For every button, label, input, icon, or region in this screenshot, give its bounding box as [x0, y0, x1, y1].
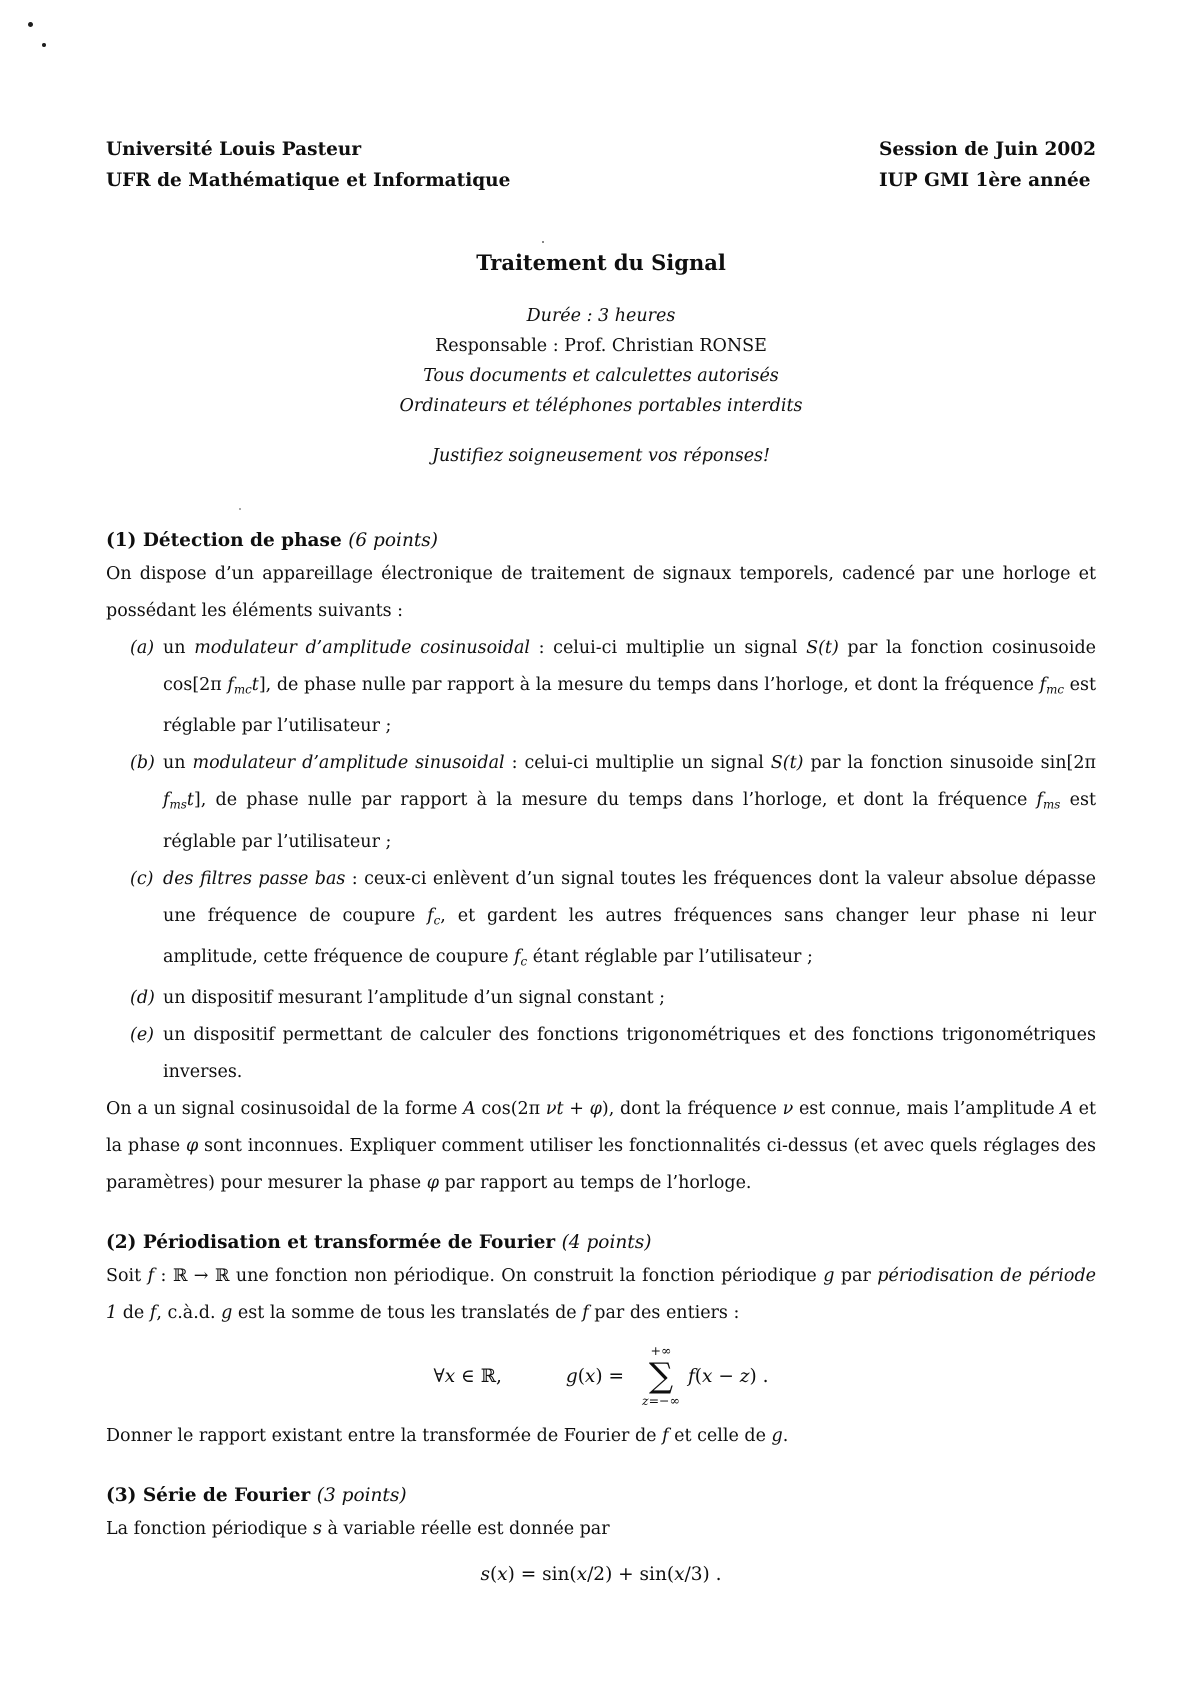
sum-lower-bound: z=−∞: [642, 1394, 680, 1408]
list-item-a: (a) un modulateur d’amplitude cosinusoid…: [106, 630, 1096, 745]
scan-speck: [42, 43, 46, 47]
section-2-question: Donner le rapport existant entre la tran…: [106, 1418, 1096, 1455]
item-text-e: un dispositif permettant de calculer des…: [163, 1025, 1096, 1082]
section-3-title: (3) Série de Fourier: [106, 1485, 310, 1506]
item-marker-a: (a): [130, 630, 154, 667]
exam-responsible: Responsable : Prof. Christian RONSE: [106, 331, 1096, 361]
section-1-title: (1) Détection de phase: [106, 530, 342, 551]
section-1-heading: (1) Détection de phase (6 points): [106, 526, 1096, 556]
forbidden-materials: Ordinateurs et téléphones portables inte…: [106, 391, 1096, 421]
item-marker-b: (b): [130, 745, 155, 782]
section-3-points: (3 points): [317, 1485, 407, 1506]
scan-speck: [399, 1146, 401, 1150]
header-institution: Université Louis Pasteur UFR de Mathémat…: [106, 134, 510, 196]
scan-speck: [239, 508, 241, 510]
fourier-series-formula: s(x) = sin(x/2) + sin(x/3) .: [106, 1564, 1096, 1585]
summation-symbol: +∞ ∑ z=−∞: [642, 1344, 680, 1408]
document-header: Université Louis Pasteur UFR de Mathémat…: [106, 134, 1096, 196]
allowed-materials: Tous documents et calculettes autorisés: [106, 361, 1096, 391]
session-date: Session de Juin 2002: [879, 134, 1096, 165]
document-title: Traitement du Signal: [106, 250, 1096, 275]
section-3-heading: (3) Série de Fourier (3 points): [106, 1481, 1096, 1511]
formula-quantifier: ∀x ∈ ℝ,: [434, 1366, 502, 1387]
section-2-title: (2) Périodisation et transformée de Four…: [106, 1232, 555, 1253]
item-marker-e: (e): [130, 1017, 154, 1054]
session-level: IUP GMI 1ère année: [879, 165, 1096, 196]
scanned-exam-page: Université Louis Pasteur UFR de Mathémat…: [0, 0, 1192, 1686]
sigma-icon: ∑: [649, 1358, 673, 1394]
section-1-question: On a un signal cosinusoidal de la forme …: [106, 1091, 1096, 1202]
section-3-intro: La fonction périodique s à variable réel…: [106, 1511, 1096, 1548]
institution-department: UFR de Mathématique et Informatique: [106, 165, 510, 196]
exam-duration: Durée : 3 heures: [106, 301, 1096, 331]
scan-speck: [28, 22, 33, 27]
item-text-d: un dispositif mesurant l’amplitude d’un …: [163, 988, 665, 1008]
list-item-c: (c) des filtres passe bas : ceux-ci enlè…: [106, 861, 1096, 981]
item-marker-d: (d): [130, 980, 155, 1017]
institution-name: Université Louis Pasteur: [106, 134, 510, 165]
justify-instruction: Justifiez soigneusement vos réponses!: [106, 446, 1096, 466]
header-session: Session de Juin 2002 IUP GMI 1ère année: [879, 134, 1096, 196]
section-2-heading: (2) Périodisation et transformée de Four…: [106, 1228, 1096, 1258]
front-matter: Durée : 3 heures Responsable : Prof. Chr…: [106, 301, 1096, 421]
formula-lhs: g(x) =: [566, 1366, 624, 1387]
equipment-list: (a) un modulateur d’amplitude cosinusoid…: [106, 630, 1096, 1091]
section-1-intro: On dispose d’un appareillage électroniqu…: [106, 556, 1096, 630]
item-text-a: un modulateur d’amplitude cosinusoidal :…: [163, 638, 1096, 736]
item-text-b: un modulateur d’amplitude sinusoidal : c…: [163, 753, 1096, 851]
item-marker-c: (c): [130, 861, 153, 898]
list-item-b: (b) un modulateur d’amplitude sinusoidal…: [106, 745, 1096, 860]
section-2-intro: Soit f : ℝ → ℝ une fonction non périodiq…: [106, 1258, 1096, 1332]
periodisation-formula: ∀x ∈ ℝ, g(x) = +∞ ∑ z=−∞ f(x − z) .: [106, 1344, 1096, 1408]
section-1-points: (6 points): [348, 530, 438, 551]
list-item-e: (e) un dispositif permettant de calculer…: [106, 1017, 1096, 1091]
scan-speck: [542, 241, 544, 243]
list-item-d: (d) un dispositif mesurant l’amplitude d…: [106, 980, 1096, 1017]
section-2-points: (4 points): [562, 1232, 652, 1253]
formula-rhs: f(x − z) .: [688, 1366, 769, 1387]
item-text-c: des filtres passe bas : ceux-ci enlèvent…: [163, 869, 1096, 967]
